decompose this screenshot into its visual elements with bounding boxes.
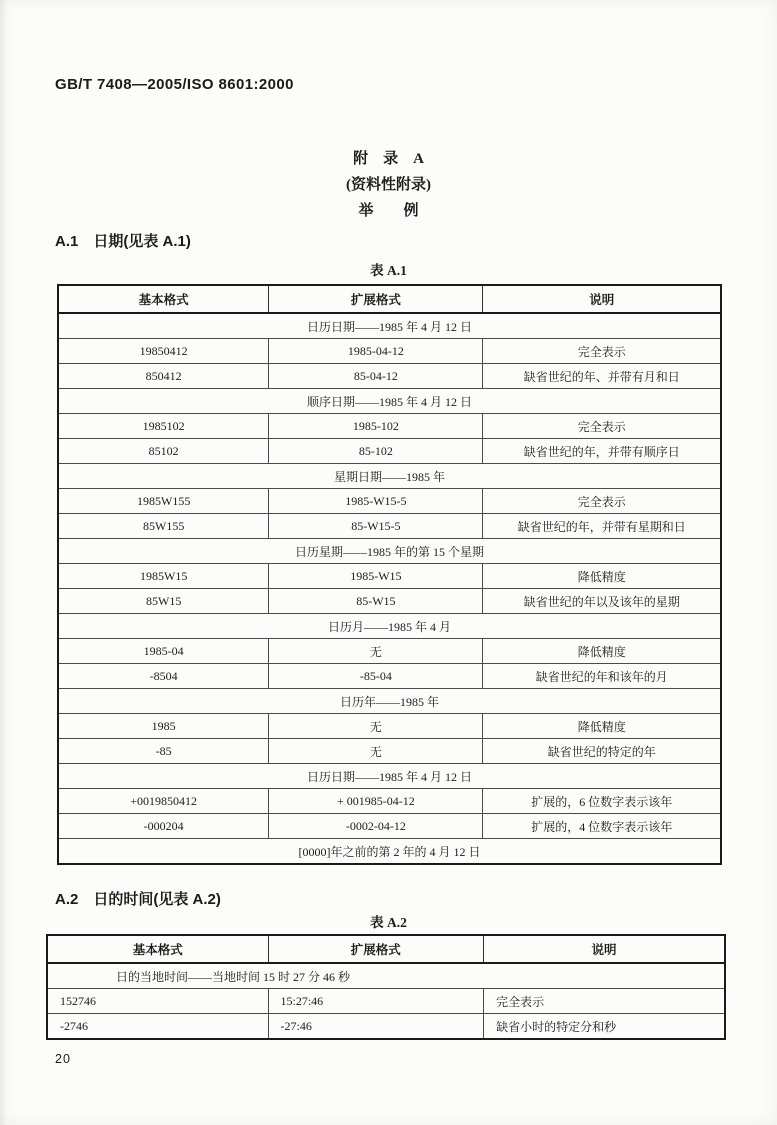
cell-note: 缺省世纪的特定的年	[483, 739, 721, 764]
section-label: 日历星期——1985 年的第 15 个星期	[58, 539, 721, 564]
cell-basic: -85	[58, 739, 269, 764]
section-label: 日历日期——1985 年 4 月 12 日	[58, 313, 721, 339]
section-label: 日的当地时间——当地时间 15 时 27 分 46 秒	[47, 963, 725, 989]
cell-note: 缺省世纪的年以及该年的星期	[483, 589, 721, 614]
cell-basic: 1985	[58, 714, 269, 739]
table-section-row: 日历日期——1985 年 4 月 12 日	[58, 313, 721, 339]
cell-extended: 85-04-12	[269, 364, 483, 389]
section-a1-heading: A.1 日期(见表 A.1)	[55, 230, 191, 251]
table-row: 1985无降低精度	[58, 714, 721, 739]
section-label: 顺序日期——1985 年 4 月 12 日	[58, 389, 721, 414]
section-label: 日历日期——1985 年 4 月 12 日	[58, 764, 721, 789]
cell-note: 缺省小时的特定分和秒	[484, 1014, 725, 1040]
cell-basic: 1985W15	[58, 564, 269, 589]
appendix-title-block: 附 录 A (资料性附录) 举 例	[0, 146, 777, 224]
table-section-row: 日历月——1985 年 4 月	[58, 614, 721, 639]
table-a1: 基本格式扩展格式说明 日历日期——1985 年 4 月 12 日19850412…	[57, 284, 722, 865]
cell-extended: 1985-04-12	[269, 339, 483, 364]
table-section-row: 顺序日期——1985 年 4 月 12 日	[58, 389, 721, 414]
cell-extended: -27:46	[268, 1014, 484, 1040]
table-a1-header-row: 基本格式扩展格式说明	[58, 285, 721, 313]
table-row: 1985-04无降低精度	[58, 639, 721, 664]
table-row: 8510285-102缺省世纪的年，并带有顺序日	[58, 439, 721, 464]
table-row: -85无缺省世纪的特定的年	[58, 739, 721, 764]
cell-basic: 85W15	[58, 589, 269, 614]
section-label: 日历年——1985 年	[58, 689, 721, 714]
cell-basic: -2746	[47, 1014, 268, 1040]
column-header: 基本格式	[58, 285, 269, 313]
cell-basic: 85W155	[58, 514, 269, 539]
cell-note: 降低精度	[483, 714, 721, 739]
table-section-row: 日历年——1985 年	[58, 689, 721, 714]
cell-basic: 1985W155	[58, 489, 269, 514]
column-header: 基本格式	[47, 935, 268, 963]
cell-basic: 850412	[58, 364, 269, 389]
cell-basic: 19850412	[58, 339, 269, 364]
table-row: 85041285-04-12缺省世纪的年、并带有月和日	[58, 364, 721, 389]
cell-extended: 无	[269, 739, 483, 764]
cell-note: 扩展的，6 位数字表示该年	[483, 789, 721, 814]
cell-basic: +0019850412	[58, 789, 269, 814]
cell-note: 降低精度	[483, 564, 721, 589]
cell-note: 完全表示	[484, 989, 725, 1014]
cell-basic: -8504	[58, 664, 269, 689]
table-section-row: [0000]年之前的第 2 年的 4 月 12 日	[58, 839, 721, 865]
column-header: 扩展格式	[268, 935, 484, 963]
cell-extended: 85-102	[269, 439, 483, 464]
cell-basic: 85102	[58, 439, 269, 464]
cell-extended: 1985-W15	[269, 564, 483, 589]
cell-extended: 1985-102	[269, 414, 483, 439]
cell-extended: 无	[269, 714, 483, 739]
table-row: 85W15585-W15-5缺省世纪的年，并带有星期和日	[58, 514, 721, 539]
cell-extended: + 001985-04-12	[269, 789, 483, 814]
cell-basic: 152746	[47, 989, 268, 1014]
section-a2-heading: A.2 日的时间(见表 A.2)	[55, 888, 221, 909]
cell-extended: 85-W15-5	[269, 514, 483, 539]
column-header: 说明	[483, 285, 721, 313]
cell-note: 扩展的，4 位数字表示该年	[483, 814, 721, 839]
cell-extended: -0002-04-12	[269, 814, 483, 839]
table-row: +0019850412+ 001985-04-12扩展的，6 位数字表示该年	[58, 789, 721, 814]
cell-extended: 15:27:46	[268, 989, 484, 1014]
cell-note: 降低精度	[483, 639, 721, 664]
cell-basic: 1985-04	[58, 639, 269, 664]
standard-number-header: GB/T 7408—2005/ISO 8601:2000	[55, 76, 294, 93]
table-row: 1985W1551985-W15-5完全表示	[58, 489, 721, 514]
table-row: 85W1585-W15缺省世纪的年以及该年的星期	[58, 589, 721, 614]
page-number: 20	[55, 1052, 71, 1066]
table-row: 15274615:27:46完全表示	[47, 989, 725, 1014]
table-section-row: 星期日期——1985 年	[58, 464, 721, 489]
cell-note: 完全表示	[483, 339, 721, 364]
cell-extended: 无	[269, 639, 483, 664]
table-section-row: 日历星期——1985 年的第 15 个星期	[58, 539, 721, 564]
cell-note: 缺省世纪的年和该年的月	[483, 664, 721, 689]
cell-note: 缺省世纪的年，并带有顺序日	[483, 439, 721, 464]
cell-note: 完全表示	[483, 489, 721, 514]
cell-extended: 1985-W15-5	[269, 489, 483, 514]
section-label: 日历月——1985 年 4 月	[58, 614, 721, 639]
table-section-row: 日的当地时间——当地时间 15 时 27 分 46 秒	[47, 963, 725, 989]
cell-basic: -000204	[58, 814, 269, 839]
cell-basic: 1985102	[58, 414, 269, 439]
cell-extended: -85-04	[269, 664, 483, 689]
column-header: 扩展格式	[269, 285, 483, 313]
table-a2-caption: 表 A.2	[0, 911, 777, 931]
table-a2-header-row: 基本格式扩展格式说明	[47, 935, 725, 963]
cell-extended: 85-W15	[269, 589, 483, 614]
table-row: -000204-0002-04-12扩展的，4 位数字表示该年	[58, 814, 721, 839]
cell-note: 缺省世纪的年、并带有月和日	[483, 364, 721, 389]
table-row: 198504121985-04-12完全表示	[58, 339, 721, 364]
table-row: 19851021985-102完全表示	[58, 414, 721, 439]
table-row: -2746-27:46缺省小时的特定分和秒	[47, 1014, 725, 1040]
section-label: [0000]年之前的第 2 年的 4 月 12 日	[58, 839, 721, 865]
cell-note: 完全表示	[483, 414, 721, 439]
document-page: GB/T 7408—2005/ISO 8601:2000 附 录 A (资料性附…	[0, 0, 777, 1125]
appendix-title-line2: (资料性附录)	[0, 172, 777, 198]
table-a1-caption: 表 A.1	[0, 259, 777, 279]
table-row: 1985W151985-W15降低精度	[58, 564, 721, 589]
table-row: -8504-85-04缺省世纪的年和该年的月	[58, 664, 721, 689]
appendix-title-line3: 举 例	[0, 198, 777, 224]
appendix-title-line1: 附 录 A	[0, 146, 777, 172]
column-header: 说明	[484, 935, 725, 963]
table-section-row: 日历日期——1985 年 4 月 12 日	[58, 764, 721, 789]
cell-note: 缺省世纪的年，并带有星期和日	[483, 514, 721, 539]
table-a2: 基本格式扩展格式说明 日的当地时间——当地时间 15 时 27 分 46 秒15…	[46, 934, 726, 1040]
section-label: 星期日期——1985 年	[58, 464, 721, 489]
